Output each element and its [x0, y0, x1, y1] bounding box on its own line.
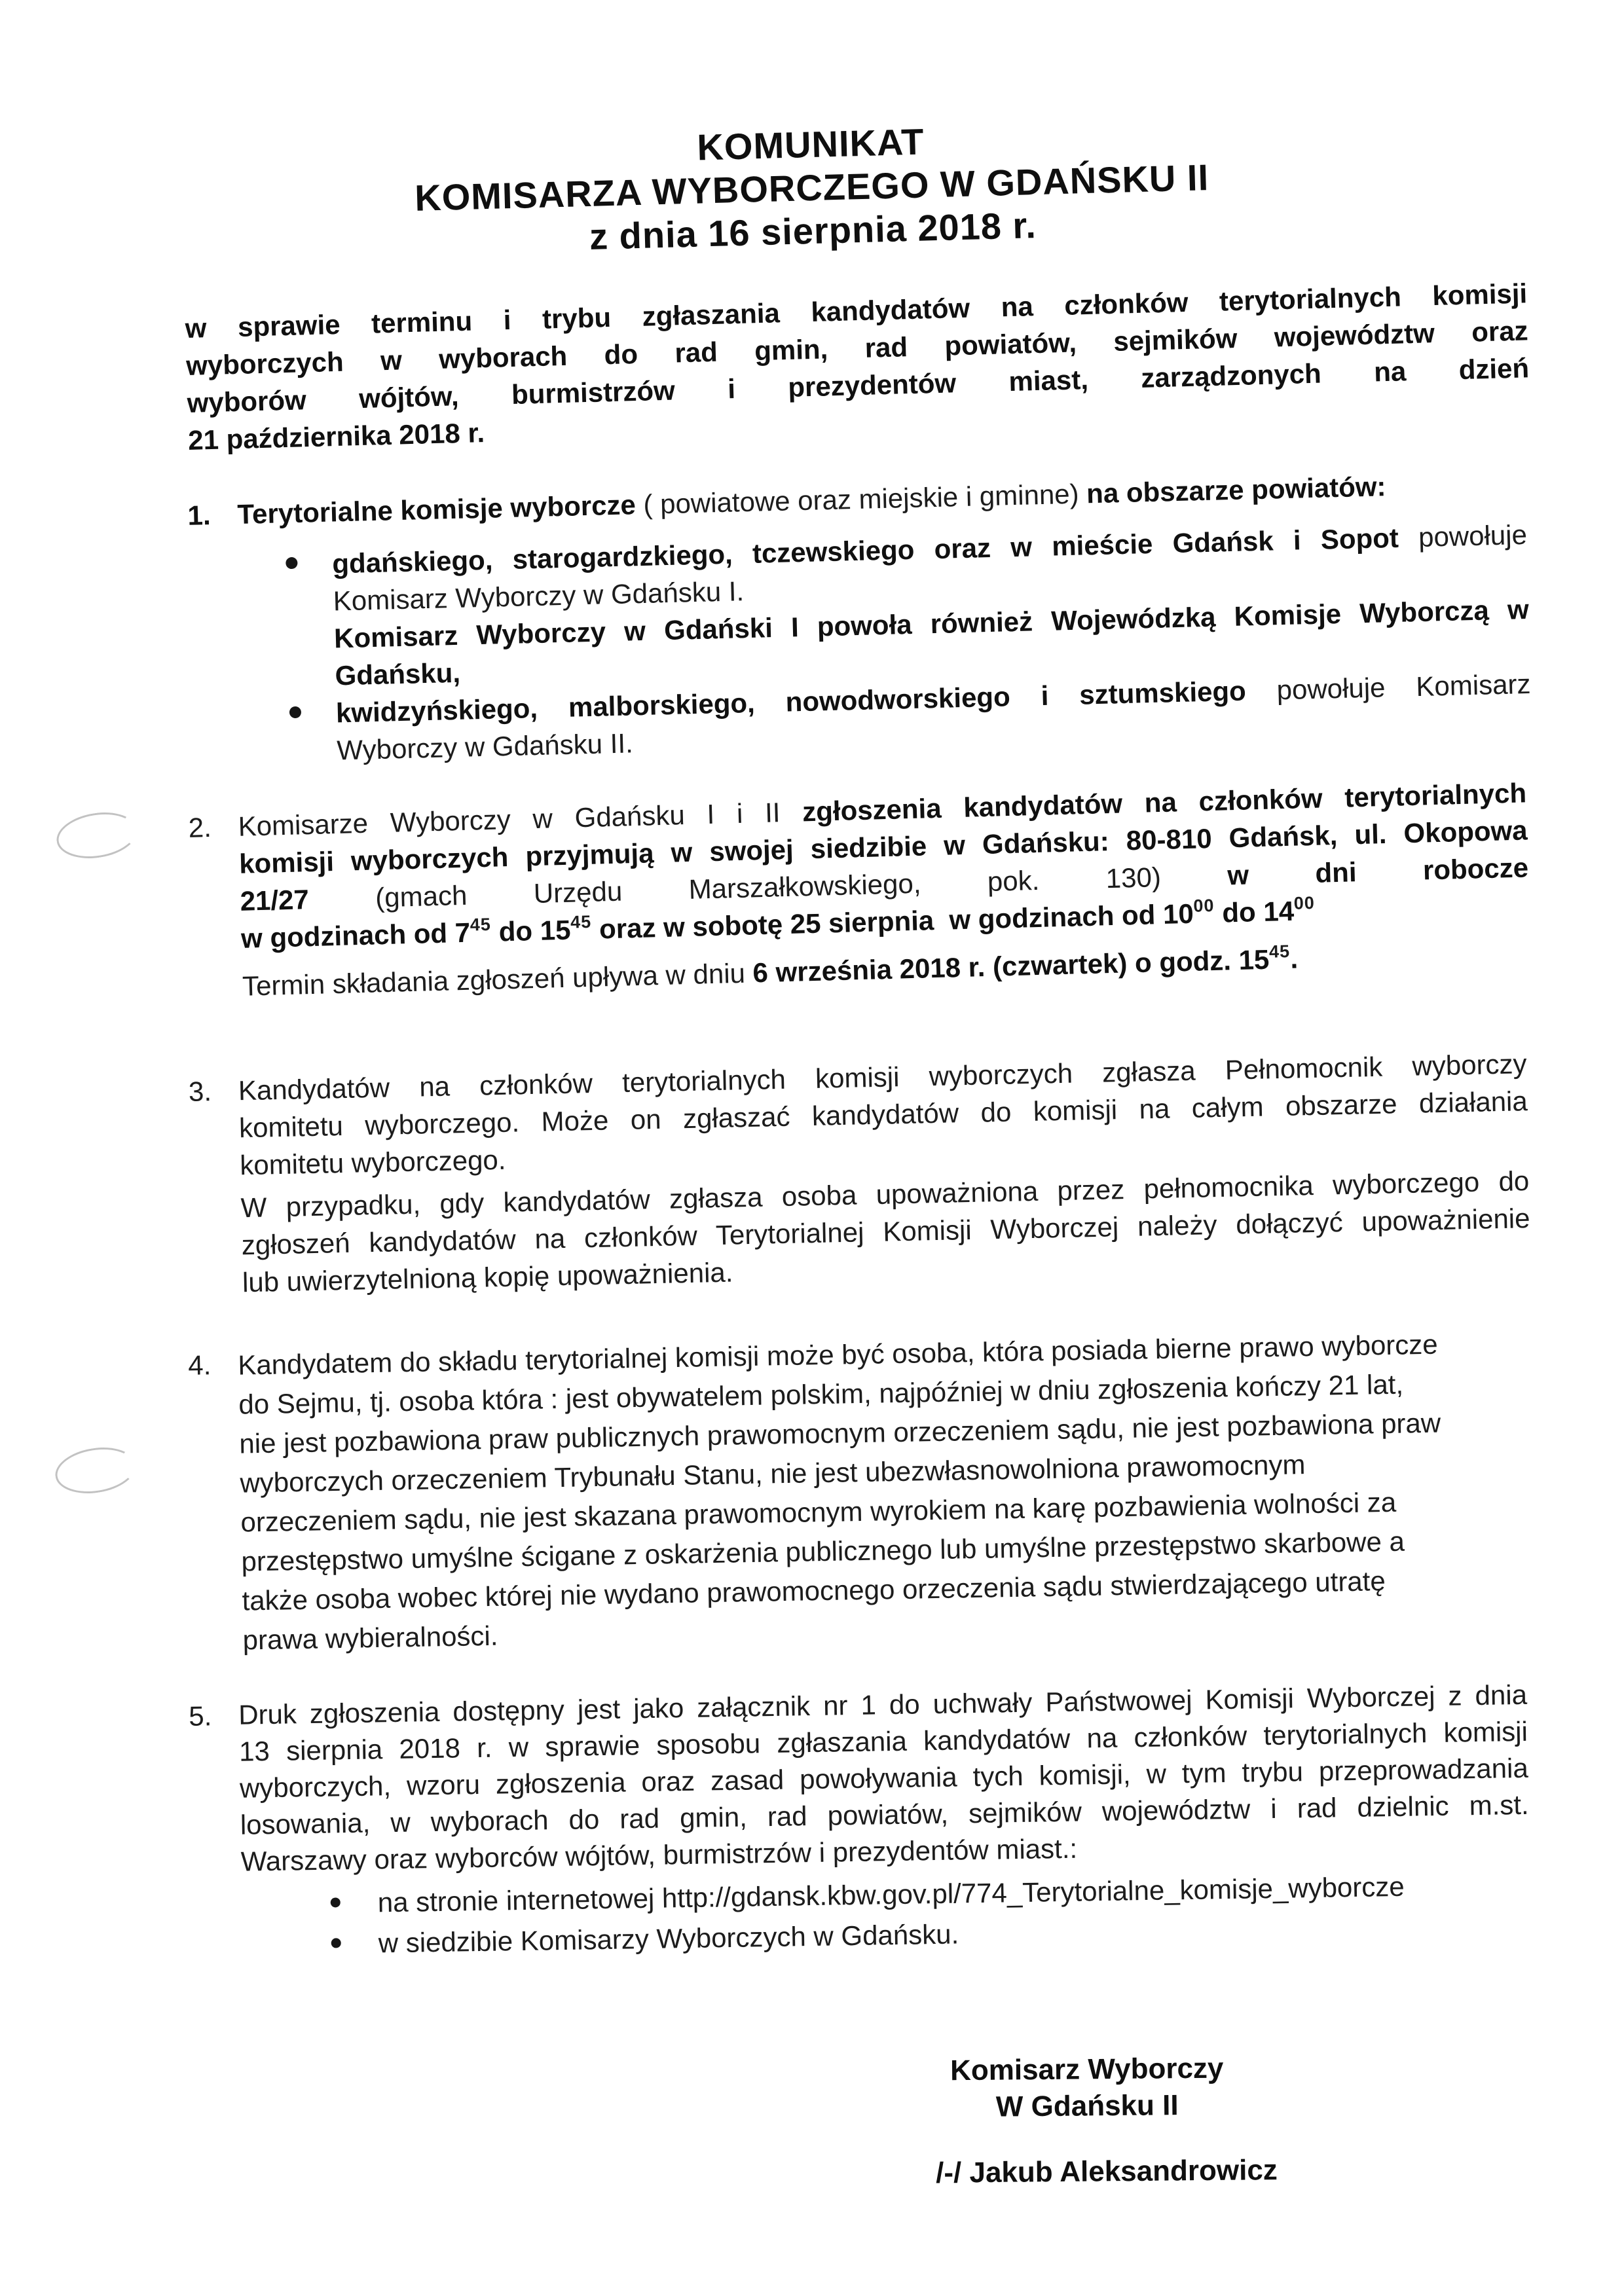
normal-text: powołuje Komisarz	[1276, 668, 1531, 705]
subject-paragraph: w sprawie terminu i trybu zgłaszania kan…	[185, 274, 1530, 459]
item5-bullet-list: na stronie internetowej http://gdansk.kb…	[241, 1867, 1531, 1964]
signer-role-line: Komisarz Wyborczy	[891, 2050, 1283, 2090]
normal-text: Termin składania zgłoszeń upływa w dniu	[242, 957, 753, 1001]
item-5: 5. Druk zgłoszenia dostępny jest jako za…	[185, 1677, 1531, 1965]
item-number: 3.	[188, 1072, 212, 1110]
subject-text: 21 października 2018 r.	[188, 417, 485, 456]
signer-location-line: W Gdańsku II	[891, 2086, 1283, 2126]
bold-text: .	[1290, 943, 1299, 974]
normal-text: prawa wybieralności.	[242, 1620, 498, 1656]
hole-punch-icon	[52, 1442, 139, 1499]
document-content: KOMUNIKAT KOMISARZA WYBORCZEGO W GDAŃSKU…	[187, 139, 1529, 2192]
item-2: 2. Komisarze Wyborczy w Gdańsku I i II z…	[184, 774, 1531, 1010]
superscript-time: 00	[1293, 893, 1315, 913]
bullet-icon	[289, 706, 301, 718]
item-4: 4. Kandydatem do składu terytorialnej ko…	[184, 1323, 1532, 1661]
lead-normal-text: ( powiatowe oraz miejskie i gminne)	[643, 478, 1087, 520]
item-number: 4.	[188, 1346, 212, 1384]
signature-block: Komisarz Wyborczy W Gdańsku II /-/ Jakub…	[187, 2053, 1529, 2192]
normal-text: powołuje	[1418, 519, 1528, 553]
item-1: 1. Terytorialne komisje wyborcze ( powia…	[183, 464, 1532, 773]
normal-text: Komisarz Wyborczy w Gdańsku I.	[333, 575, 744, 616]
paragraph: Kandydatów na członków terytorialnych ko…	[238, 1045, 1528, 1184]
bold-text: w godzinach od 7	[241, 917, 471, 954]
bold-text: do 14	[1214, 896, 1295, 928]
item-number: 1.	[187, 496, 211, 534]
bold-text: Gdańsku,	[335, 657, 460, 691]
bold-text: 6 września 2018 r. (czwartek) o godz. 15	[752, 944, 1270, 989]
normal-text: komitetu wyborczego.	[240, 1144, 506, 1180]
item-number: 5.	[189, 1697, 212, 1735]
bold-text: 21/27	[240, 882, 376, 916]
superscript-time: 00	[1193, 896, 1215, 916]
superscript-time: 45	[570, 912, 592, 932]
bullet-icon	[286, 557, 297, 569]
bullet-icon	[331, 1897, 341, 1907]
bullet-icon	[331, 1938, 341, 1948]
hole-punch-icon	[53, 807, 140, 864]
signer-name: /-/ Jakub Aleksandrowicz	[910, 2152, 1303, 2192]
normal-text: w siedzibie Komisarzy Wyborczych w Gdańs…	[378, 1919, 959, 1959]
document-header: KOMUNIKAT KOMISARZA WYBORCZEGO W GDAŃSKU…	[185, 104, 1530, 269]
item-number: 2.	[188, 809, 212, 847]
lead-bold-text: Terytorialne komisje wyborcze	[237, 489, 644, 530]
superscript-time: 45	[1269, 941, 1291, 962]
scanned-document-page: KOMUNIKAT KOMISARZA WYBORCZEGO W GDAŃSKU…	[0, 0, 1624, 2296]
normal-text: lub uwierzytelnioną kopię upoważnienia.	[242, 1257, 733, 1298]
lead-bold-text: na obszarze powiatów:	[1086, 471, 1386, 509]
item1-bullet-list: gdańskiego, starogardzkiego, tczewskiego…	[238, 516, 1532, 771]
normal-text: Wyborczy w Gdańsku II.	[337, 727, 633, 765]
signer-title: Komisarz Wyborczy W Gdańsku II	[891, 2050, 1284, 2126]
bold-text: w dni robocze	[1227, 852, 1529, 890]
bold-text: do 15	[490, 915, 571, 947]
superscript-time: 45	[470, 915, 491, 935]
paragraph: W przypadku, gdy kandydatów zgłasza osob…	[240, 1162, 1531, 1301]
item-3: 3. Kandydatów na członków terytorialnych…	[184, 1045, 1531, 1302]
